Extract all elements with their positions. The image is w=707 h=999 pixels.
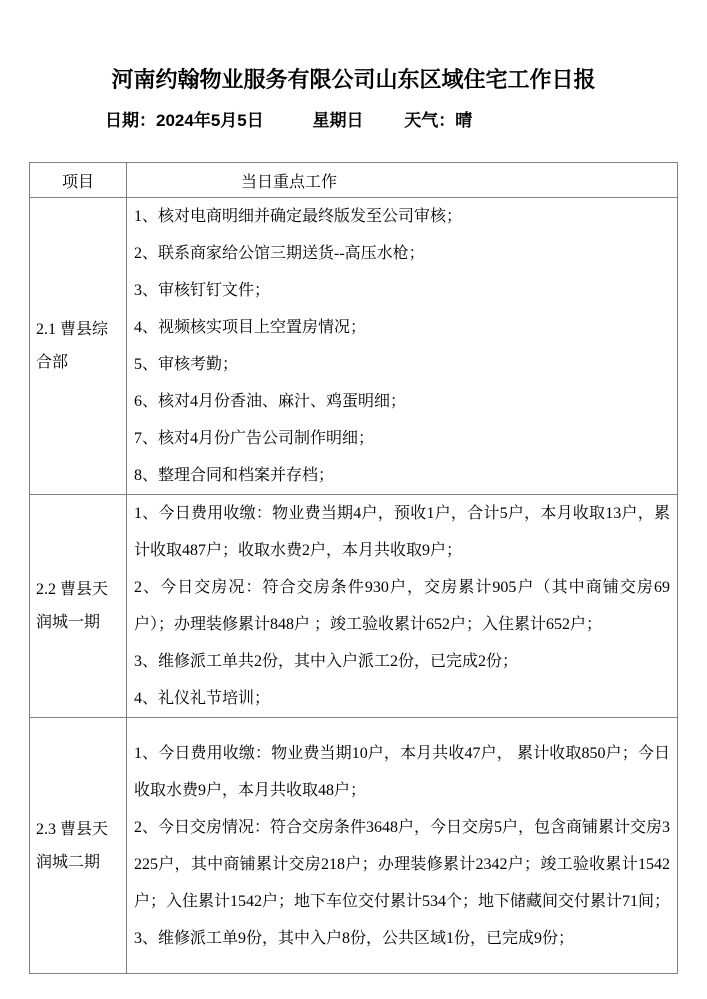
work-item: 1、今日费用收缴：物业费当期10户，本月共收47户， 累计收取850户；今日收取…: [134, 735, 670, 809]
daily-report-table: 项目 当日重点工作 2.1 曹县综合部 1、核对电商明细并确定最终版发至公司审核…: [29, 162, 678, 974]
work-item: 2、今日交房况：符合交房条件930户，交房累计905户（其中商铺交房69户）；办…: [134, 569, 670, 643]
column-header-project: 项目: [30, 163, 127, 198]
section-label: 2.3 曹县天润城二期: [30, 718, 127, 974]
table-row-section-2-2: 2.2 曹县天润城一期 1、今日费用收缴：物业费当期4户，预收1户，合计5户，本…: [30, 495, 678, 718]
work-item: 2、联系商家给公馆三期送货--高压水枪；: [134, 235, 670, 272]
work-item: 8、整理合同和档案并存档；: [134, 457, 670, 494]
column-header-work: 当日重点工作: [127, 163, 678, 198]
table-header-row: 项目 当日重点工作: [30, 163, 678, 198]
section-label: 2.2 曹县天润城一期: [30, 495, 127, 718]
work-item: 3、审核钉钉文件；: [134, 272, 670, 309]
work-item: 6、核对4月份香油、麻汁、鸡蛋明细；: [134, 383, 670, 420]
date-label: 日期：: [105, 111, 156, 130]
table-row-section-2-3: 2.3 曹县天润城二期 1、今日费用收缴：物业费当期10户，本月共收47户， 累…: [30, 718, 678, 974]
section-work-items: 1、核对电商明细并确定最终版发至公司审核； 2、联系商家给公馆三期送货--高压水…: [127, 198, 678, 495]
weekday-value: 星期日: [312, 111, 363, 130]
date-value: 2024年5月5日: [156, 111, 264, 130]
work-item: 1、核对电商明细并确定最终版发至公司审核；: [134, 198, 670, 235]
section-work-items: 1、今日费用收缴：物业费当期10户，本月共收47户， 累计收取850户；今日收取…: [127, 718, 678, 974]
work-item: 4、礼仪礼节培训；: [134, 680, 670, 717]
date-field: 日期：2024年5月5日: [105, 111, 264, 130]
section-label: 2.1 曹县综合部: [30, 198, 127, 495]
work-item: 2、今日交房情况：符合交房条件3648户，今日交房5户，包含商铺累计交房3225…: [134, 809, 670, 920]
section-work-items: 1、今日费用收缴：物业费当期4户，预收1户，合计5户，本月收取13户，累计收取4…: [127, 495, 678, 718]
table-row-section-2-1: 2.1 曹县综合部 1、核对电商明细并确定最终版发至公司审核； 2、联系商家给公…: [30, 198, 678, 495]
weather-label: 天气：: [404, 111, 455, 130]
weather-field: 天气：晴: [404, 111, 472, 130]
document-title: 河南约翰物业服务有限公司山东区域住宅工作日报: [0, 0, 707, 94]
work-item: 7、核对4月份广告公司制作明细；: [134, 420, 670, 457]
work-item: 4、视频核实项目上空置房情况；: [134, 309, 670, 346]
work-item: 3、维修派工单9份，其中入户8份，公共区域1份，已完成9份；: [134, 920, 670, 957]
date-line: 日期：2024年5月5日 星期日 天气：晴: [105, 110, 707, 132]
document-page: 河南约翰物业服务有限公司山东区域住宅工作日报 日期：2024年5月5日 星期日 …: [0, 0, 707, 999]
work-item: 5、审核考勤；: [134, 346, 670, 383]
work-item: 1、今日费用收缴：物业费当期4户，预收1户，合计5户，本月收取13户，累计收取4…: [134, 495, 670, 569]
weather-value: 晴: [455, 111, 472, 130]
work-item: 3、维修派工单共2份，其中入户派工2份，已完成2份；: [134, 643, 670, 680]
